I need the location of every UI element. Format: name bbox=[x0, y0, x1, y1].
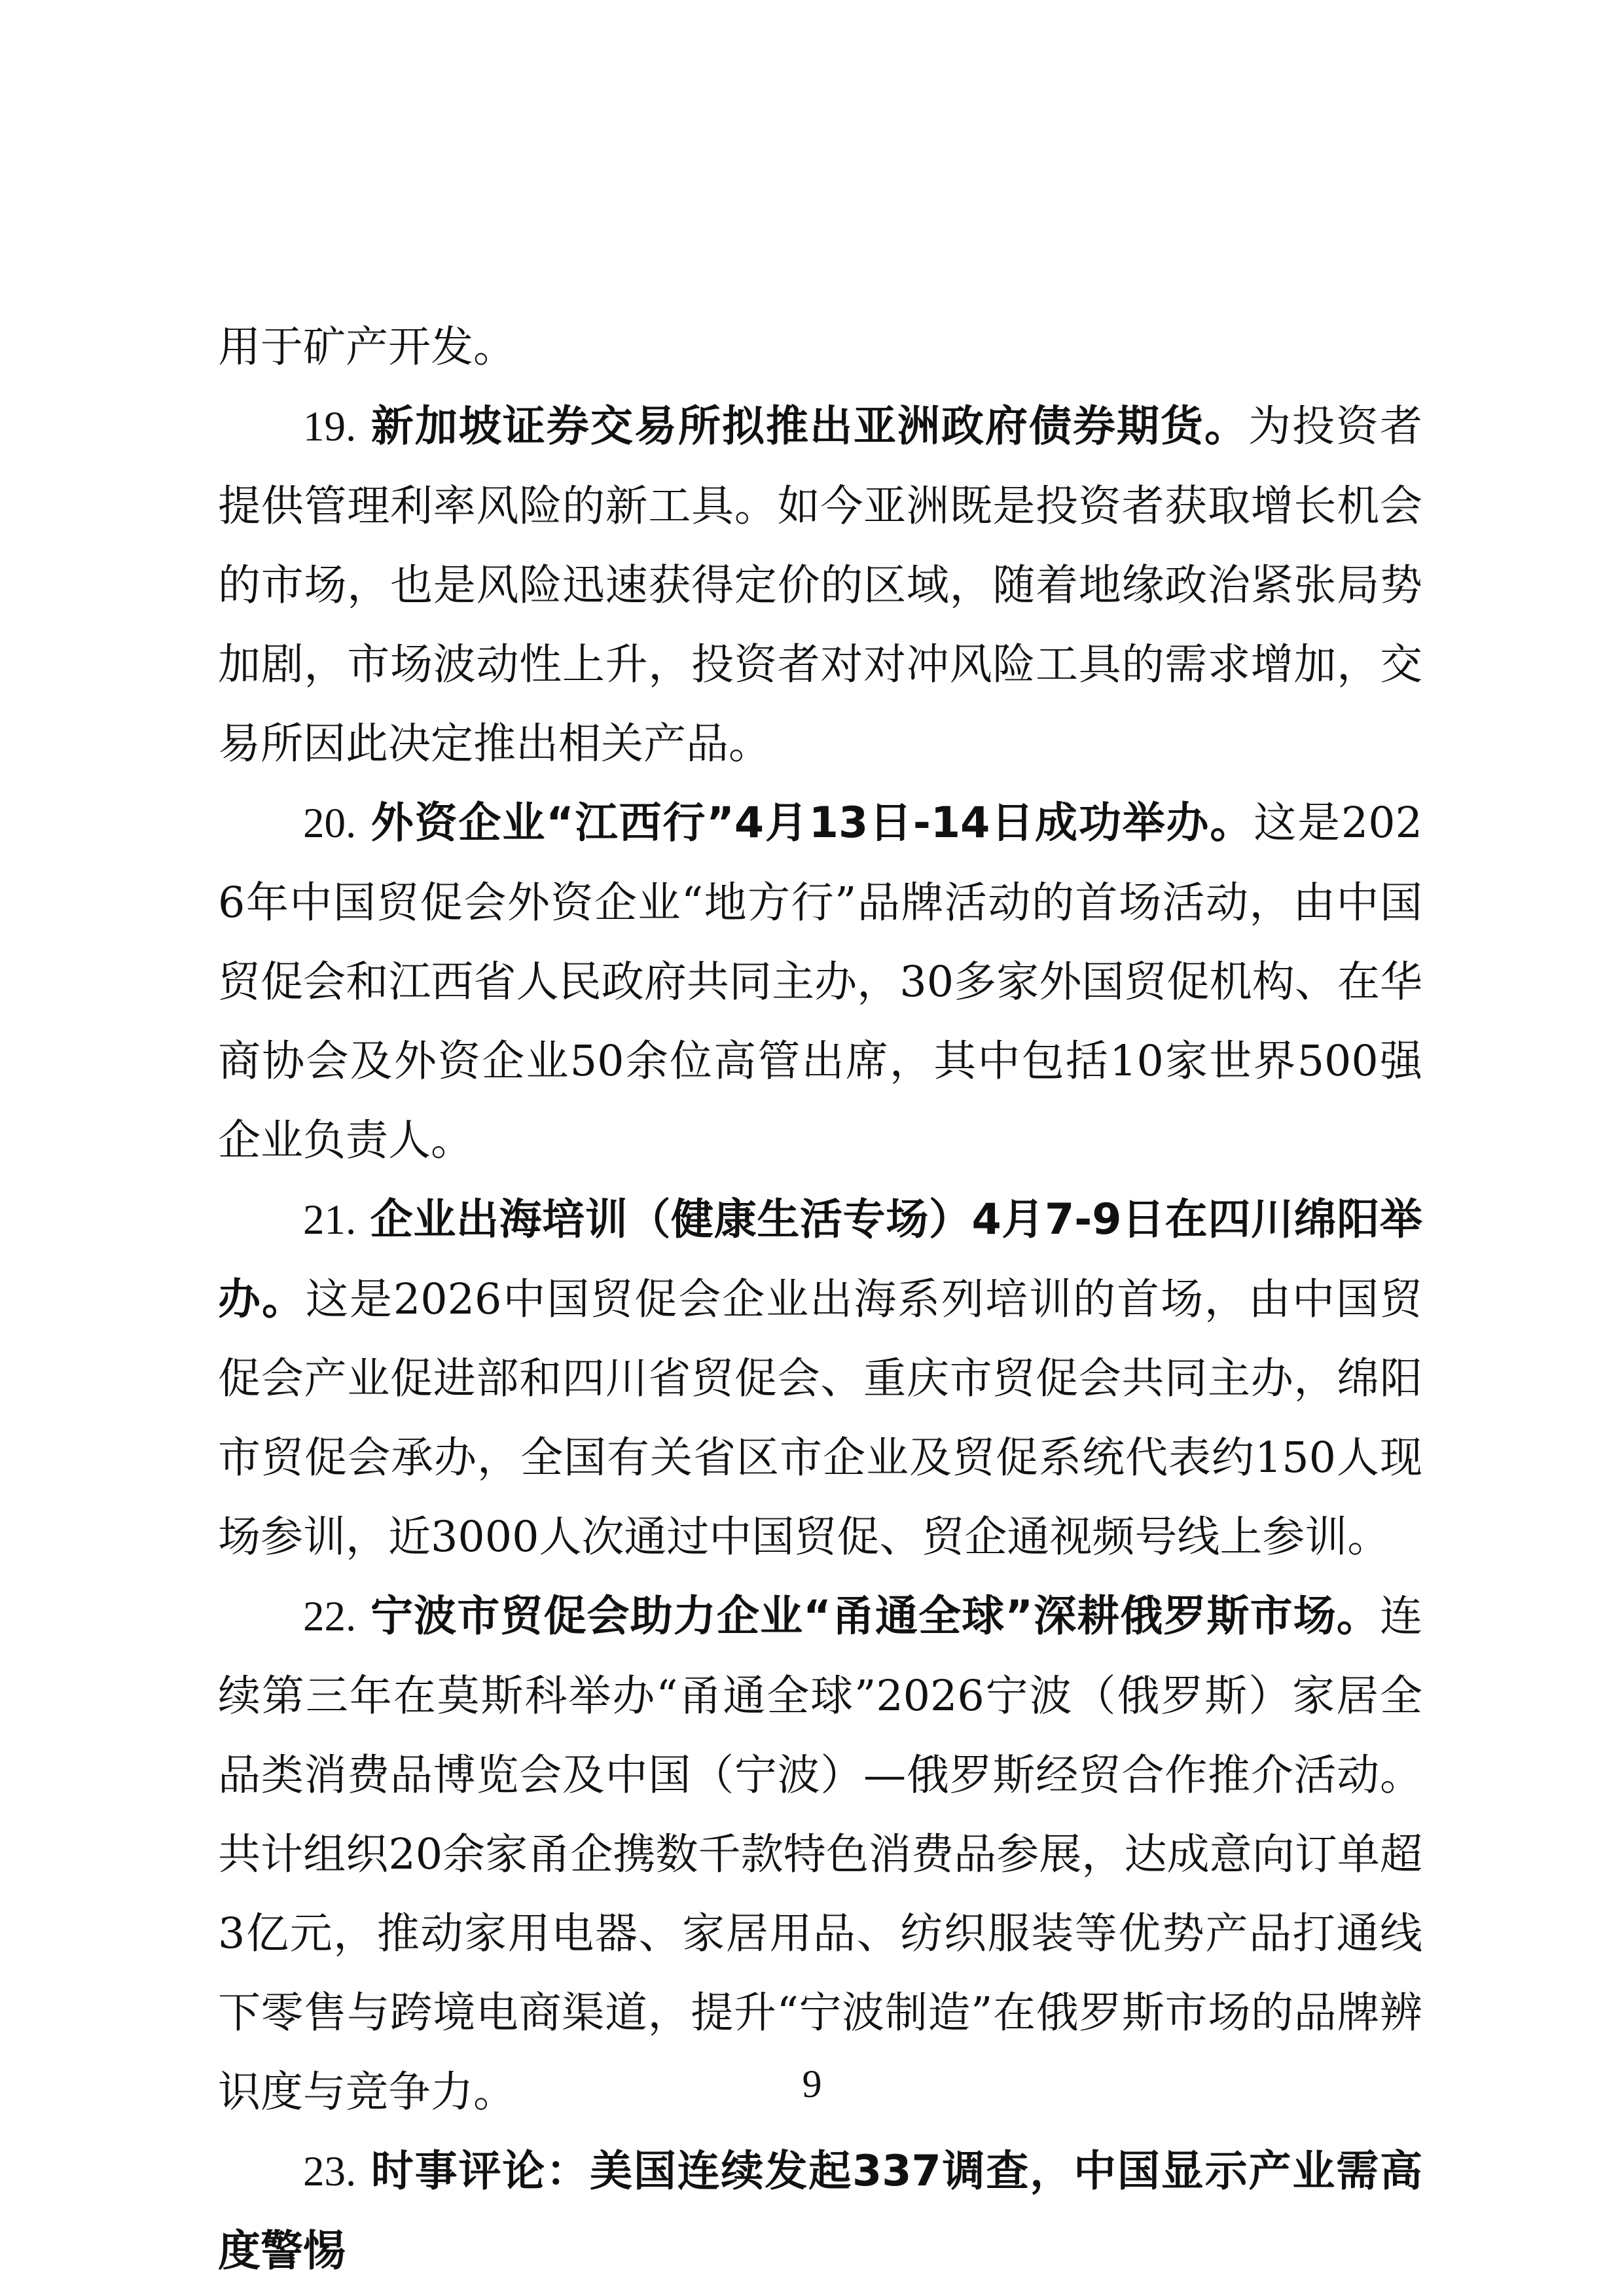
item-headline: 外资企业“江西行”4月13日-14日成功举办。 bbox=[371, 798, 1254, 848]
news-item-23: 23. 时事评论：美国连续发起337调查，中国显示产业需高度警惕 bbox=[218, 2132, 1422, 2291]
item-body: 连续第三年在莫斯科举办“甬通全球”2026宁波（俄罗斯）家居全品类消费品博览会及… bbox=[218, 1592, 1422, 2117]
continuation-paragraph: 用于矿产开发。 bbox=[218, 308, 1422, 387]
item-number: 19. bbox=[303, 403, 356, 450]
item-body: 这是2026年中国贸促会外资企业“地方行”品牌活动的首场活动，由中国贸促会和江西… bbox=[218, 798, 1422, 1165]
item-headline: 宁波市贸促会助力企业“甬通全球”深耕俄罗斯市场。 bbox=[370, 1592, 1380, 1641]
item-number: 23. bbox=[303, 2148, 356, 2195]
item-body: 这是2026中国贸促会企业出海系列培训的首场，由中国贸促会产业促进部和四川省贸促… bbox=[218, 1275, 1422, 1562]
item-number: 22. bbox=[303, 1593, 356, 1640]
news-item-20: 20. 外资企业“江西行”4月13日-14日成功举办。这是2026年中国贸促会外… bbox=[218, 783, 1422, 1180]
news-item-19: 19. 新加坡证券交易所拟推出亚洲政府债券期货。为投资者提供管理利率风险的新工具… bbox=[218, 387, 1422, 783]
item-number: 21. bbox=[303, 1196, 356, 1244]
continuation-text: 用于矿产开发。 bbox=[218, 323, 516, 372]
news-item-22: 22. 宁波市贸促会助力企业“甬通全球”深耕俄罗斯市场。连续第三年在莫斯科举办“… bbox=[218, 1577, 1422, 2132]
item-headline: 时事评论：美国连续发起337调查，中国显示产业需高度警惕 bbox=[218, 2147, 1422, 2276]
document-page: 用于矿产开发。 19. 新加坡证券交易所拟推出亚洲政府债券期货。为投资者提供管理… bbox=[218, 308, 1422, 2291]
item-number: 20. bbox=[303, 800, 356, 847]
page-number: 9 bbox=[0, 2062, 1624, 2107]
item-headline: 新加坡证券交易所拟推出亚洲政府债券期货。 bbox=[371, 402, 1248, 451]
news-item-21: 21. 企业出海培训（健康生活专场）4月7-9日在四川绵阳举办。这是2026中国… bbox=[218, 1180, 1422, 1577]
item-body: 为投资者提供管理利率风险的新工具。如今亚洲既是投资者获取增长机会的市场，也是风险… bbox=[218, 402, 1422, 768]
